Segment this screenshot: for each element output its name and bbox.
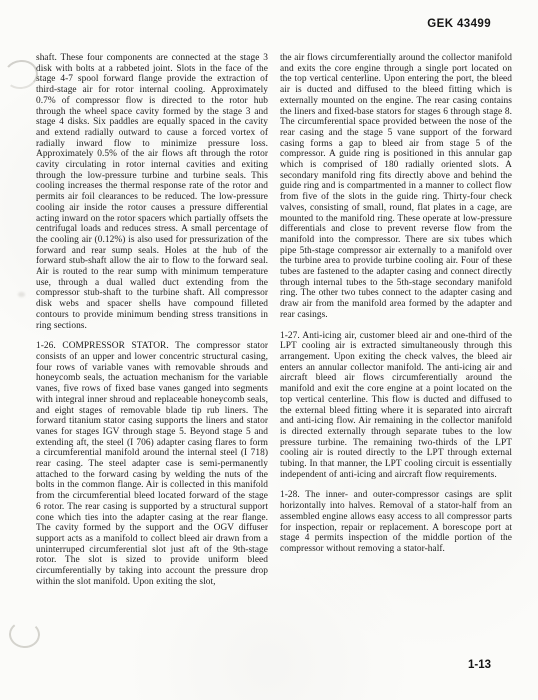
scan-artifact-bottom-left	[8, 620, 41, 649]
text-body: shaft. These four components are connect…	[36, 53, 512, 587]
text-column-left: shaft. These four components are connect…	[36, 53, 268, 587]
scan-artifact-smudge	[18, 292, 25, 297]
paragraph-1-28-casings: 1-28. The inner- and outer-compressor ca…	[280, 490, 512, 554]
paragraph-stator-continuation: the air flows circumferentially around t…	[280, 53, 512, 321]
scan-artifact-top-left	[2, 58, 40, 91]
paragraph-rotor-continuation: shaft. These four components are connect…	[36, 53, 268, 331]
document-code: GEK 43499	[427, 18, 491, 30]
paragraph-1-26-compressor-stator: 1-26. COMPRESSOR STATOR. The compressor …	[36, 341, 268, 587]
text-column-right: the air flows circumferentially around t…	[280, 53, 512, 587]
page-number: 1-13	[468, 659, 491, 671]
paragraph-1-27-anti-icing: 1-27. Anti-icing air, customer bleed air…	[280, 331, 512, 481]
manual-page: GEK 43499 shaft. These four components a…	[0, 0, 538, 700]
